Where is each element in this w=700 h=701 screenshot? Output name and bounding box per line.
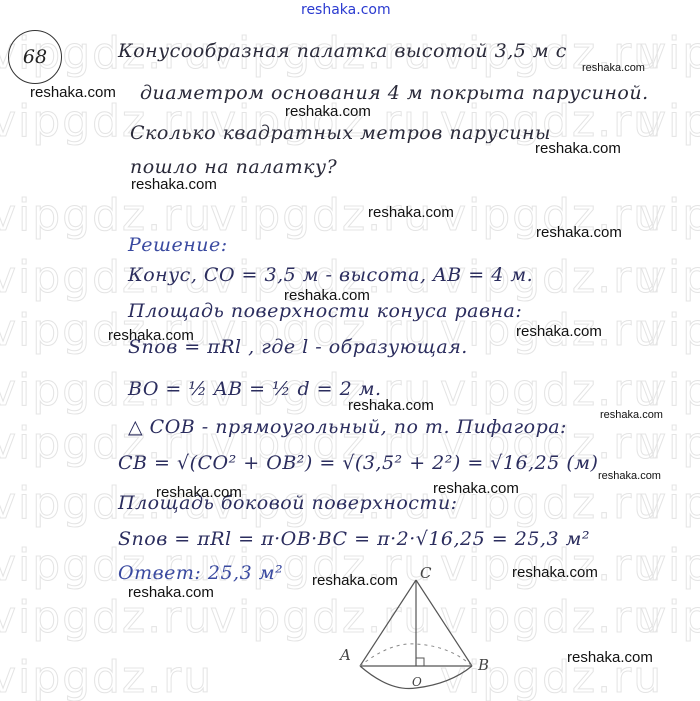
- watermark-reshaka: reshaka.com: [535, 140, 621, 157]
- watermark-reshaka: reshaka.com: [598, 470, 661, 482]
- watermark-vipgdz: vipgdz.ru: [640, 96, 700, 147]
- watermark-reshaka: reshaka.com: [348, 397, 434, 414]
- watermark-reshaka: reshaka.com: [516, 323, 602, 340]
- watermark-reshaka: reshaka.com: [536, 224, 622, 241]
- problem-line-1: Конусообразная палатка высотой 3,5 м с: [118, 40, 567, 62]
- watermark-vipgdz: vipgdz.ru: [640, 28, 700, 79]
- watermark-vipgdz: vipgdz.ru: [640, 540, 700, 591]
- watermark-reshaka: reshaka.com: [582, 62, 645, 74]
- watermark-reshaka: reshaka.com: [285, 103, 371, 120]
- answer-line: Ответ: 25,3 м²: [118, 562, 283, 584]
- watermark-vipgdz: vipgdz.ru: [640, 305, 700, 356]
- watermark-vipgdz: vipgdz.ru: [640, 252, 700, 303]
- solution-line-4: BO = ½ AB = ½ d = 2 м.: [128, 378, 382, 400]
- watermark-reshaka: reshaka.com: [30, 84, 116, 101]
- watermark-reshaka: reshaka.com: [131, 176, 217, 193]
- watermark-vipgdz: vipgdz.ru: [640, 418, 700, 469]
- reshaka-header-link[interactable]: reshaka.com: [301, 2, 391, 18]
- solution-line-6: CB = √(CO² + OB²) = √(3,5² + 2²) = √16,2…: [118, 452, 598, 474]
- problem-line-3: Сколько квадратных метров парусины: [130, 122, 551, 144]
- watermark-vipgdz: vipgdz.ru: [640, 190, 700, 241]
- label-b: B: [477, 656, 489, 674]
- watermark-reshaka: reshaka.com: [156, 484, 242, 501]
- watermark-vipgdz: vipgdz.ru: [0, 652, 213, 701]
- watermark-reshaka: reshaka.com: [312, 572, 398, 589]
- solution-line-8: Sпов = πRl = π·OB·BC = π·2·√16,25 = 25,3…: [118, 528, 590, 550]
- watermark-reshaka: reshaka.com: [368, 204, 454, 221]
- label-a: A: [338, 646, 351, 664]
- solution-line-1: Конус, CO = 3,5 м - высота, AB = 4 м.: [128, 264, 533, 286]
- problem-number-badge: 68: [8, 30, 62, 84]
- watermark-reshaka: reshaka.com: [512, 564, 598, 581]
- label-c: C: [420, 564, 432, 582]
- label-o: O: [412, 675, 422, 689]
- solution-heading: Решение:: [128, 234, 228, 256]
- watermark-vipgdz: vipgdz.ru: [640, 478, 700, 529]
- watermark-vipgdz: vipgdz.ru: [640, 592, 700, 643]
- watermark-reshaka: reshaka.com: [128, 584, 214, 601]
- watermark-reshaka: reshaka.com: [600, 409, 663, 421]
- problem-number: 68: [23, 46, 47, 68]
- watermark-reshaka: reshaka.com: [284, 287, 370, 304]
- problem-line-2: диаметром основания 4 м покрыта парусино…: [140, 82, 649, 104]
- problem-line-4: пошло на палатку?: [130, 156, 337, 178]
- solution-line-5: △ COB - прямоугольный, по т. Пифагора:: [128, 416, 567, 438]
- watermark-reshaka: reshaka.com: [567, 649, 653, 666]
- watermark-reshaka: reshaka.com: [108, 327, 194, 344]
- watermark-reshaka: reshaka.com: [433, 480, 519, 497]
